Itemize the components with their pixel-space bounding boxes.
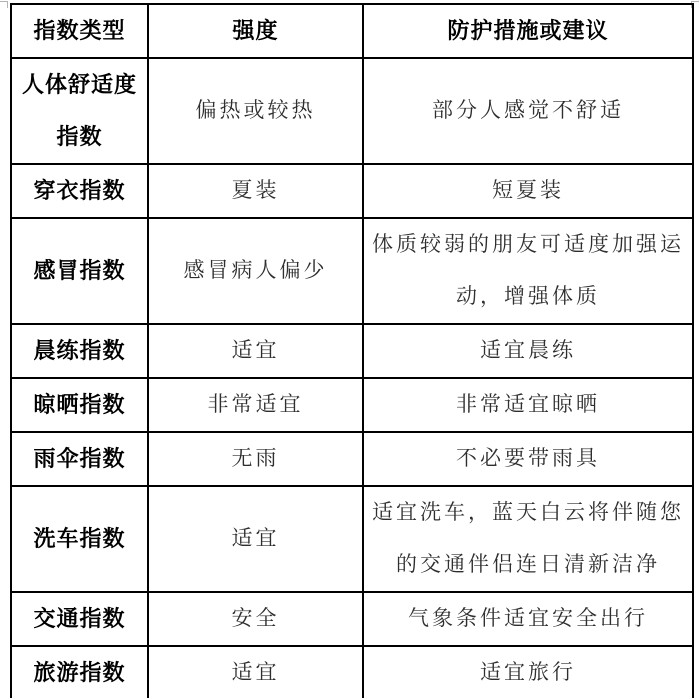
intensity-cell: 适宜	[148, 486, 363, 592]
table-row: 感冒指数 感冒病人偏少 体质较弱的朋友可适度加强运动，增强体质	[11, 218, 693, 324]
index-type-cell: 晨练指数	[11, 324, 148, 378]
intensity-cell: 夏装	[148, 164, 363, 218]
index-type-cell: 人体舒适度指数	[11, 58, 148, 164]
header-intensity: 强度	[148, 4, 363, 58]
index-type-cell: 穿衣指数	[11, 164, 148, 218]
weather-index-table: 指数类型 强度 防护措施或建议 人体舒适度指数 偏热或较热 部分人感觉不舒适 穿…	[10, 3, 694, 698]
advice-cell: 适宜旅行	[363, 646, 693, 698]
intensity-cell: 非常适宜	[148, 378, 363, 432]
index-type-cell: 洗车指数	[11, 486, 148, 592]
index-type-cell: 感冒指数	[11, 218, 148, 324]
index-type-cell: 旅游指数	[11, 646, 148, 698]
intensity-cell: 安全	[148, 592, 363, 646]
advice-cell: 体质较弱的朋友可适度加强运动，增强体质	[363, 218, 693, 324]
intensity-cell: 无雨	[148, 432, 363, 486]
table-row: 交通指数 安全 气象条件适宜安全出行	[11, 592, 693, 646]
page-corner-mark-left	[0, 1, 8, 8]
table-row: 晾晒指数 非常适宜 非常适宜晾晒	[11, 378, 693, 432]
intensity-cell: 适宜	[148, 324, 363, 378]
header-index-type: 指数类型	[11, 4, 148, 58]
advice-cell: 适宜晨练	[363, 324, 693, 378]
advice-cell: 非常适宜晾晒	[363, 378, 693, 432]
intensity-cell: 适宜	[148, 646, 363, 698]
table-row: 洗车指数 适宜 适宜洗车，蓝天白云将伴随您的交通伴侣连日清新洁净	[11, 486, 693, 592]
index-type-cell: 交通指数	[11, 592, 148, 646]
advice-cell: 适宜洗车，蓝天白云将伴随您的交通伴侣连日清新洁净	[363, 486, 693, 592]
advice-cell: 不必要带雨具	[363, 432, 693, 486]
header-advice: 防护措施或建议	[363, 4, 693, 58]
intensity-cell: 感冒病人偏少	[148, 218, 363, 324]
table-row: 旅游指数 适宜 适宜旅行	[11, 646, 693, 698]
intensity-cell: 偏热或较热	[148, 58, 363, 164]
advice-cell: 短夏装	[363, 164, 693, 218]
table-row: 晨练指数 适宜 适宜晨练	[11, 324, 693, 378]
table-row: 穿衣指数 夏装 短夏装	[11, 164, 693, 218]
table-row: 人体舒适度指数 偏热或较热 部分人感觉不舒适	[11, 58, 693, 164]
index-type-cell: 雨伞指数	[11, 432, 148, 486]
table-header-row: 指数类型 强度 防护措施或建议	[11, 4, 693, 58]
advice-cell: 部分人感觉不舒适	[363, 58, 693, 164]
index-type-cell: 晾晒指数	[11, 378, 148, 432]
advice-cell: 气象条件适宜安全出行	[363, 592, 693, 646]
table-row: 雨伞指数 无雨 不必要带雨具	[11, 432, 693, 486]
